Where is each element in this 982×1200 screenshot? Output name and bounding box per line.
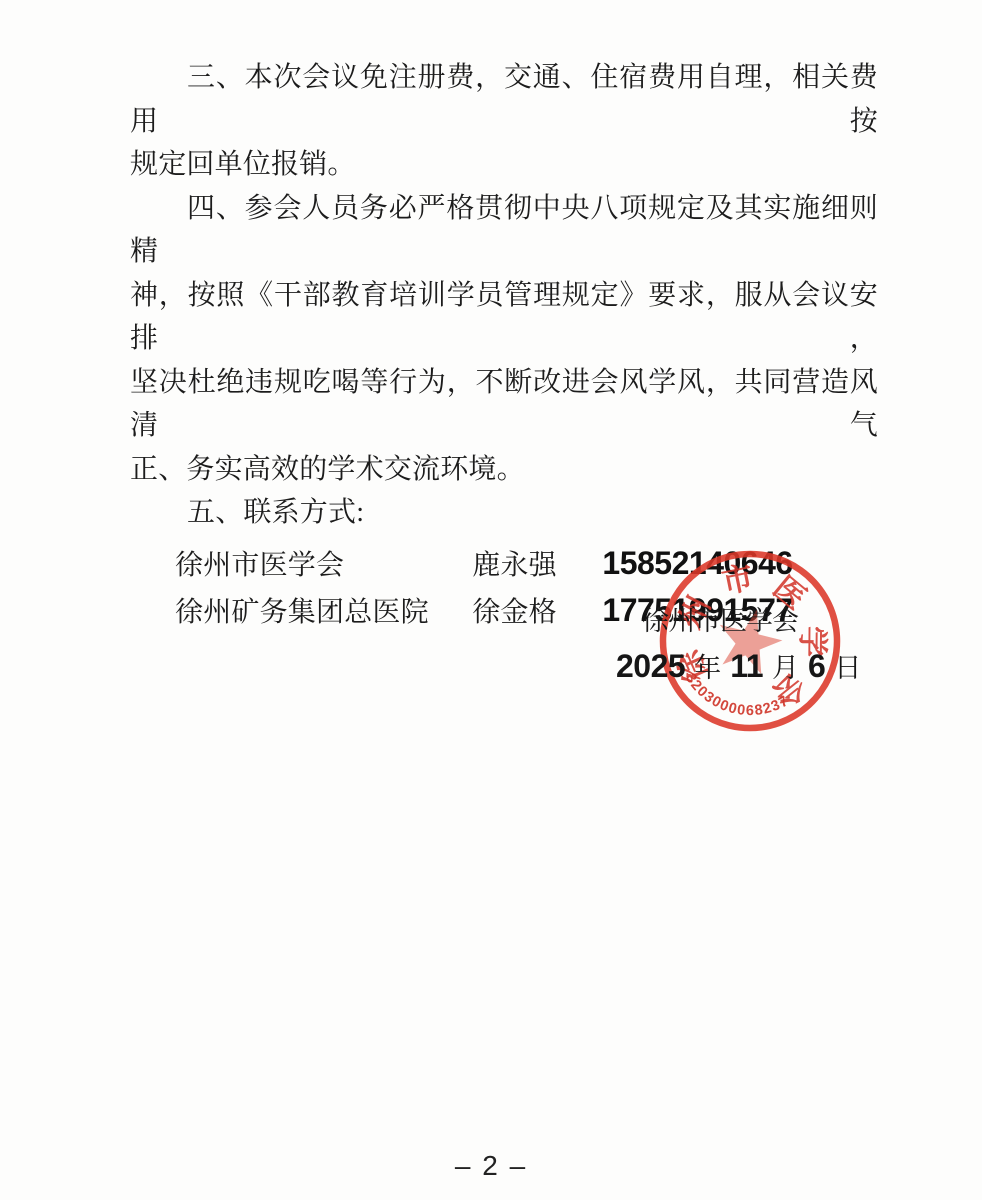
date-month: 11 — [730, 648, 763, 685]
document-page: 三、本次会议免注册费，交通、住宿费用自理，相关费用按 规定回单位报销。 四、参会… — [0, 0, 982, 1200]
contact-person: 鹿永强 — [472, 544, 595, 588]
signature-org: 徐州市医学会 — [642, 599, 798, 638]
signature-date: 2025 年 11 月 6 日 — [616, 646, 861, 685]
contact-person: 徐金格 — [472, 591, 595, 635]
contact-org: 徐州市医学会 — [175, 544, 465, 588]
date-year-unit: 年 — [694, 646, 721, 685]
body-line-4: 神，按照《干部教育培训学员管理规定》要求，服从会议安排， — [130, 274, 878, 361]
date-day-unit: 日 — [834, 646, 861, 685]
date-day: 6 — [808, 648, 825, 685]
contact-org: 徐州矿务集团总医院 — [175, 591, 465, 635]
body-line-3: 四、参会人员务必严格贯彻中央八项规定及其实施细则精 — [130, 187, 878, 274]
official-seal: 徐 州 市 医 学 会 3203000068237 — [640, 531, 860, 751]
body-line-1: 三、本次会议免注册费，交通、住宿费用自理，相关费用按 — [130, 56, 878, 143]
body-line-5: 坚决杜绝违规吃喝等行为，不断改进会风学风，共同营造风清气 — [130, 361, 878, 448]
date-year: 2025 — [616, 648, 685, 685]
body-line-2: 规定回单位报销。 — [130, 143, 878, 187]
date-month-unit: 月 — [772, 646, 799, 685]
contact-section-heading: 五、联系方式: — [130, 491, 878, 535]
body-line-6: 正、务实高效的学术交流环境。 — [130, 448, 878, 492]
page-number: – 2 – — [0, 1150, 982, 1182]
seal-ring-char: 市 — [719, 560, 756, 600]
